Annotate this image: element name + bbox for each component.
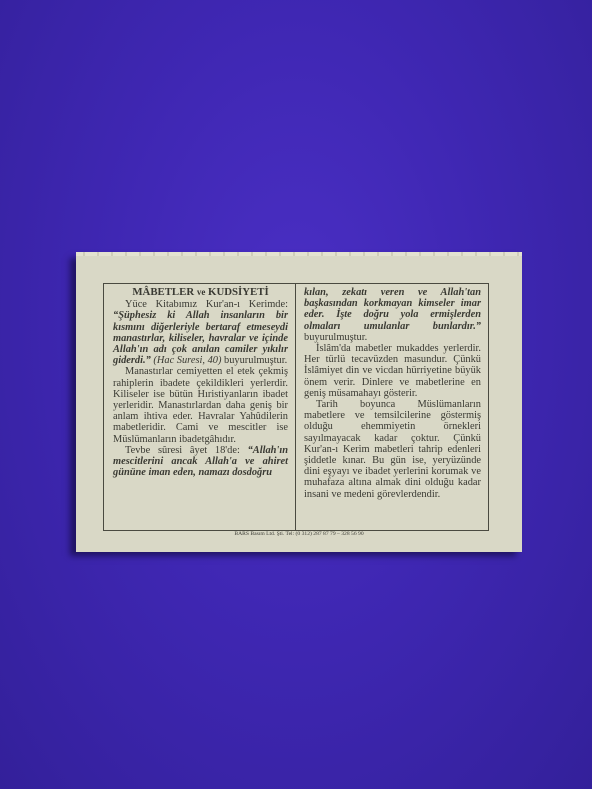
card-title: MÂBETLER ve KUDSİYETİ (113, 287, 288, 298)
text-frame: MÂBETLER ve KUDSİYETİ Yüce Kitabımız Kur… (103, 283, 489, 531)
paragraph-islam: İslâm'da mabetler mukaddes yerlerdir. He… (304, 343, 481, 399)
paragraph-quote-cont: kılan, zekatı veren ve Allah'tan başkası… (304, 287, 481, 343)
title-conj: ve (197, 287, 206, 297)
printer-footer: BARS Basım Ltd. Şti. Tel: (0 312) 287 87… (76, 531, 522, 537)
title-end: KUDSİYETİ (208, 286, 269, 298)
intro-text: Yüce Kitabımız Kur'an-ı Kerimde: (125, 299, 288, 310)
quote-end: buyurulmuştur. (304, 332, 367, 343)
tevbe-intro: Tevbe sûresi âyet 18'de: (125, 445, 248, 456)
paragraph-intro: Yüce Kitabımız Kur'an-ı Kerimde: “Şüphes… (113, 299, 288, 366)
intro-end: buyurulmuştur. (224, 355, 287, 366)
paragraph-tevbe: Tevbe sûresi âyet 18'de: “Allah'ın mesci… (113, 445, 288, 479)
quote-tevbe-cont: kılan, zekatı veren ve Allah'tan başkası… (304, 287, 481, 332)
title-main: MÂBETLER (132, 286, 194, 298)
left-column: MÂBETLER ve KUDSİYETİ Yüce Kitabımız Kur… (104, 284, 296, 530)
quote-reference: (Hac Suresi, 40) (151, 355, 224, 366)
paragraph-history: Tarih boyunca Müslümanların mabetlere ve… (304, 399, 481, 500)
printed-card: MÂBETLER ve KUDSİYETİ Yüce Kitabımız Kur… (76, 254, 522, 552)
paragraph-places: Manastırlar cemiyetten el etek çekmiş ra… (113, 366, 288, 444)
right-column: kılan, zekatı veren ve Allah'tan başkası… (296, 284, 488, 530)
